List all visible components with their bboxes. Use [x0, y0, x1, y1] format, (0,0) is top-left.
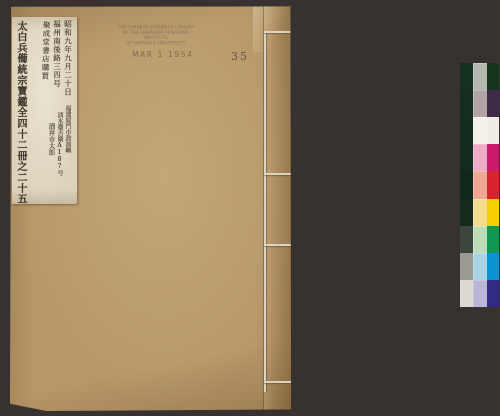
- color-patch: [473, 199, 487, 226]
- photo-background: 昭和九年九月二十日 福州南後路三四号 聚成堂書店購買 福建厦門市鼓浪嶼 淸水臺吉…: [0, 0, 500, 416]
- color-bar-row: [460, 144, 499, 171]
- color-bar-row: [460, 63, 499, 90]
- title-label: 昭和九年九月二十日 福州南後路三四号 聚成堂書店購買 福建厦門市鼓浪嶼 淸水臺吉…: [12, 17, 77, 204]
- color-patch: [487, 280, 499, 307]
- color-bar-row: [460, 171, 499, 198]
- label-column-small-2: 淸水臺吉衛A187号: [56, 112, 62, 176]
- binding-thread-vertical: [264, 32, 266, 392]
- color-bar-row: [460, 226, 499, 253]
- color-patch: [487, 63, 499, 90]
- color-patch: [460, 171, 473, 198]
- library-stamp-line1: THE CHINESE-JAPANESE LIBRARY: [114, 26, 198, 31]
- color-patch: [460, 280, 473, 307]
- label-column-small-3: 酒井市太郎: [48, 123, 55, 156]
- binding-stitch: [264, 173, 291, 175]
- color-bar-row: [460, 199, 499, 226]
- color-patch: [460, 199, 473, 226]
- library-stamp: THE CHINESE-JAPANESE LIBRARY OF THE HARV…: [114, 26, 198, 47]
- label-title-text: 太白兵僃統宗寶鑑: [15, 21, 26, 107]
- color-patch: [460, 226, 473, 253]
- binding-stitch: [264, 31, 291, 33]
- color-bar-row: [460, 90, 499, 117]
- label-volume-text: 全四十二冊之二十五: [15, 107, 26, 204]
- date-stamp: MAR 1 1954: [132, 50, 202, 59]
- color-patch: [487, 253, 499, 280]
- color-patch: [473, 226, 487, 253]
- color-patch: [460, 144, 473, 171]
- shelf-number-stamp: 35: [231, 50, 249, 63]
- color-patch: [487, 171, 499, 198]
- color-patch: [487, 144, 499, 171]
- library-stamp-line3: AT HARVARD UNIVERSITY: [114, 42, 198, 47]
- color-patch: [473, 280, 487, 307]
- color-patch: [473, 90, 487, 117]
- binding-stitch: [264, 381, 291, 383]
- color-bar-row: [460, 117, 499, 144]
- label-column-bookstore: 聚成堂書店購買: [41, 21, 50, 81]
- color-bar-row: [460, 253, 499, 280]
- color-patch: [460, 90, 473, 117]
- book-cover: 昭和九年九月二十日 福州南後路三四号 聚成堂書店購買 福建厦門市鼓浪嶼 淸水臺吉…: [10, 6, 291, 411]
- color-calibration-bar: [460, 63, 499, 307]
- color-patch: [473, 117, 487, 144]
- color-patch: [460, 253, 473, 280]
- color-patch: [473, 144, 487, 171]
- library-stamp-line2: OF THE HARVARD-YENCHING INSTITUTE: [114, 31, 198, 42]
- label-column-address: 福州南後路三四号: [53, 20, 61, 88]
- label-column-title: 太白兵僃統宗寶鑑全四十二冊之二十五: [15, 21, 25, 205]
- color-patch: [487, 117, 499, 144]
- binding-strip: [263, 6, 292, 411]
- label-column-small-1: 福建厦門市鼓浪嶼: [64, 105, 70, 153]
- color-patch: [473, 63, 487, 90]
- color-patch: [487, 226, 499, 253]
- color-patch: [473, 253, 487, 280]
- label-column-date: 昭和九年九月二十日: [64, 20, 72, 97]
- color-bar-row: [460, 280, 499, 307]
- color-patch: [487, 199, 499, 226]
- color-patch: [460, 117, 473, 144]
- color-patch: [487, 90, 499, 117]
- color-patch: [473, 171, 487, 198]
- binding-stitch: [264, 244, 291, 246]
- color-patch: [460, 63, 473, 90]
